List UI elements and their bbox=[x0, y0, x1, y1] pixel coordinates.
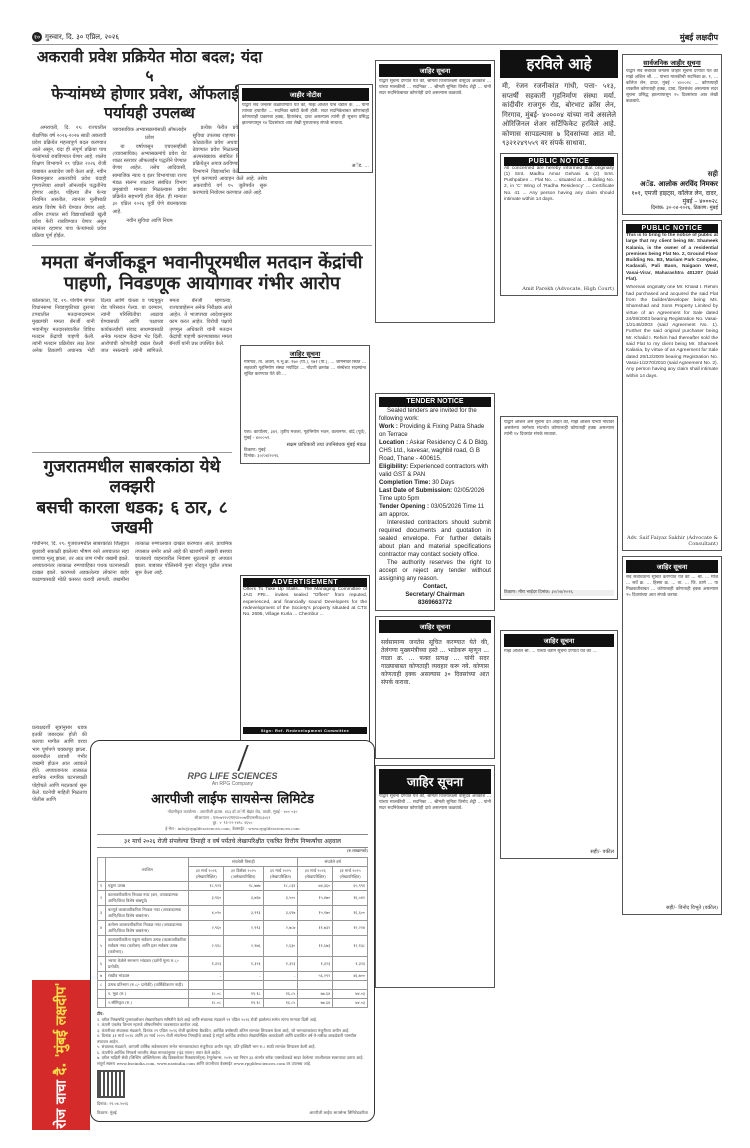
notice-title: सार्वजनिक जाहीर सूचना bbox=[626, 58, 718, 67]
cell-value: - bbox=[224, 972, 263, 981]
row-no: ४ bbox=[98, 921, 106, 936]
notes-list: १. वरील निष्कर्षांचे पुनरावलोकन लेखापरिक… bbox=[97, 1017, 368, 1067]
notice-signature: अॅड. ... bbox=[242, 163, 369, 169]
row-label: २.सौमिकृत (रु.) bbox=[106, 999, 189, 1008]
cell-value: १,३२३ bbox=[333, 957, 368, 972]
cell-value: ३,९६० bbox=[189, 891, 224, 906]
notice-body: याद्वारे सूचना देण्यात येते की, श्रीमती … bbox=[379, 79, 491, 319]
table-row: ७राखीव भांडवल---५६,२९२४६,७०० bbox=[98, 972, 368, 981]
headline-line: फेऱ्यांमध्ये होणार प्रवेश, ऑफलाईन पर्याय… bbox=[51, 85, 247, 122]
cell-value: १८,९२१ bbox=[189, 882, 224, 891]
cell-value: १५,४७० bbox=[298, 891, 333, 906]
cell-value: १६,०४२ bbox=[333, 891, 368, 906]
table-row: १. मूळ (रु.)१८.०८१९.१८१६.८५७७.६४७४.०३ bbox=[98, 990, 368, 999]
notice-title: जाहिर सूचना bbox=[379, 64, 491, 77]
table-row: १एकूण उत्पन्न१८,९२११८,७७७१८,८३१७४,३६०६५,… bbox=[98, 882, 368, 891]
story-headline: अकरावी प्रवेश प्रक्रियेत मोठा बदल; यंदा … bbox=[32, 48, 267, 122]
ad-body: Offers To Take Up Stalls... The Managing… bbox=[243, 587, 367, 727]
promo-text: रोज वाचा दै. 'मुंबई लक्षदीप' bbox=[52, 982, 71, 1128]
results-table: तपशिल संपलेली तिमाही संपलेले वर्ष ३१ मार… bbox=[97, 857, 368, 1008]
table-row: ३करपूर्व कालावधीकरिता निव्वळ नफा (अपवादा… bbox=[98, 906, 368, 921]
table-row: ५कालावधीकरिता एकूण सर्वंकष उत्पन्न (काला… bbox=[98, 936, 368, 957]
col-group-quarter: संपलेली तिमाही bbox=[189, 858, 298, 867]
notice-title: जाहीर नोटीस bbox=[242, 88, 369, 101]
cell-value: ११,६७३ bbox=[298, 936, 333, 957]
notice-date-place: दिनांक: ३०-०४-२०२६, ठिकाण: मुंबई bbox=[626, 205, 718, 211]
notice-body: गोरेगाव, ता. अंधेरी, न.भू.क्र. १७० (पी.)… bbox=[244, 360, 366, 430]
notice-r1-2: याद्वारे अशिल असे सूचना देत आहेत की, माझ… bbox=[500, 416, 618, 600]
notice-signature: Adv. Saif Faiyaz Sakhir (Advocate & Cons… bbox=[626, 535, 718, 547]
cell-value: १६.८५ bbox=[263, 990, 298, 999]
cell-value: १९.१८ bbox=[224, 999, 263, 1008]
cell-value: २,९७६ bbox=[224, 936, 263, 957]
story-continuation: प्रत्यक्षदर्शी सूत्रांनुसार धडक इतकी जबर… bbox=[32, 725, 87, 804]
redevelopment-ad: ADVERTISEMENT Offers To Take Up Stalls..… bbox=[240, 575, 370, 745]
col-header: ३१ डिसेंबर २०२५ (अलेखापरिक्षित) bbox=[224, 867, 263, 882]
notice-address: पत्ता: कार्यालय, ३४१, तृतीय मजला, गृहनिर… bbox=[244, 430, 366, 442]
story-headline: ममता बॅनर्जीकडून भवानीपूरमधील मतदान केंद… bbox=[32, 252, 372, 295]
cell-value bbox=[189, 981, 224, 990]
notice-title: जाहिर सूचना bbox=[244, 349, 366, 358]
notice-signature: Amit Parekh (Advocate, High Court) bbox=[504, 286, 614, 292]
subhead: व्यावसायिक अभ्यासक्रमांसाठी ऑफलाईन प्रवे… bbox=[112, 127, 186, 141]
cell-value: ७४,३६० bbox=[298, 882, 333, 891]
story-accident: गुजरातमधील साबरकांठा येथे लक्झरी बसची का… bbox=[32, 457, 232, 672]
promo-banner: रोज वाचा दै. 'मुंबई लक्षदीप' bbox=[32, 980, 90, 1130]
sig-label: सही bbox=[626, 169, 718, 179]
notice-signature: सही/- वकील bbox=[504, 849, 614, 855]
page-number: १० bbox=[32, 32, 42, 42]
public-notice-flat: PUBLIC NOTICE This is to bring to the no… bbox=[622, 220, 722, 551]
right-column-1: हरविले आहे मी, रंजन रजनीकांत गांधी, पत्त… bbox=[500, 48, 618, 864]
cell-value: १६.८५ bbox=[263, 999, 298, 1008]
cell-value: १२,१३८ bbox=[333, 936, 368, 957]
label: Work : bbox=[379, 423, 398, 430]
headline-line: बसची कारला धडक; ६ ठार, ८ जखमी bbox=[36, 498, 227, 538]
cell-value: - bbox=[263, 972, 298, 981]
notice-c3: जाहिर सूचना याद्वारे सूचना देण्यात येते … bbox=[375, 765, 495, 988]
newspaper-brand: मुंबई लक्षदीप bbox=[680, 32, 718, 43]
story-col: अमरावती, दि. २९: राज्यातील शैक्षणिक वर्ष… bbox=[32, 125, 106, 240]
cell-value: ७४.०३ bbox=[333, 990, 368, 999]
results-notes: टीप: १. वरील निष्कर्षांचे पुनरावलोकन लेख… bbox=[97, 1011, 368, 1066]
notice-footer: ठिकाण: मीरा भाईंदर दिनांक: ३०/०४/२०२६ bbox=[504, 590, 614, 596]
cell-value: १६,६०० bbox=[333, 906, 368, 921]
table-row: ४करोत्तर कालावधीकरिता निव्वळ नफा (अपवादा… bbox=[98, 921, 368, 936]
issue-date: गुरुवार, दि. ३० एप्रिल, २०२६ bbox=[45, 33, 119, 42]
header-divider bbox=[32, 44, 718, 45]
cell-value: २,७८७ bbox=[263, 921, 298, 936]
ad-footer: Sign: Ref. Redevelopment Committee bbox=[243, 727, 367, 734]
rpg-email-link[interactable]: ई-मेल : info@rpglifesciences.com, वेबसाई… bbox=[97, 826, 368, 832]
table-row: २.सौमिकृत (रु.)१८.०८१९.१८१६.८५७७.६४७४.०३ bbox=[98, 999, 368, 1008]
note-item: ७. वरील माहिती सेबी (लिस्टिंग ऑब्लिगेशन्… bbox=[97, 1055, 368, 1066]
divider bbox=[32, 245, 372, 246]
subhead: नवीन सुविधा आणि नियम bbox=[112, 218, 186, 225]
notice-body: सर्व संबंधितांना सूचित करण्यात येते की .… bbox=[626, 575, 718, 905]
row-label: एकूण उत्पन्न bbox=[106, 882, 189, 891]
table-row: २कालावधीकरिता निव्वळ नफा (कर, अपवादात्मक… bbox=[98, 891, 368, 906]
notice-r1-3: जाहिर सूचना माझे अशिल श्री. ... यांच्या … bbox=[500, 630, 618, 859]
tender-contact: Contact, bbox=[379, 583, 491, 591]
notice-title: PUBLIC NOTICE bbox=[626, 224, 718, 233]
row-no bbox=[98, 999, 106, 1008]
headline-line: ममता बॅनर्जीकडून भवानीपूरमधील मतदान केंद… bbox=[42, 252, 363, 273]
cell-value: २,९६० bbox=[189, 921, 224, 936]
notice-title: जाहिर सूचना bbox=[379, 620, 491, 633]
results-signatory: आरपीजी लाईफ सायसेन्स लिमिटेडकरिता bbox=[309, 1110, 368, 1116]
headline-line: गुजरातमधील साबरकांठा येथे लक्झरी bbox=[44, 457, 221, 497]
label: Completion Time: bbox=[379, 479, 430, 486]
cell-value: १९.१८ bbox=[224, 990, 263, 999]
notice-title: जाहिर सूचना bbox=[379, 769, 491, 794]
notes-label: टीप: bbox=[97, 1011, 104, 1016]
cell-value: २,९९३ bbox=[224, 921, 263, 936]
cell-value bbox=[333, 981, 368, 990]
page-header: १० गुरुवार, दि. ३० एप्रिल, २०२६ मुंबई लक… bbox=[32, 30, 718, 44]
cell-value: १८.०८ bbox=[189, 990, 224, 999]
notice-signature: सही/- विनोद विभूते (वकील) bbox=[626, 905, 718, 911]
notice-body: याद्वारे सर्व जनतेस कळविण्यात येते की, म… bbox=[242, 103, 369, 163]
cell-value: १८,७७७ bbox=[224, 882, 263, 891]
cell-value: ७७.६४ bbox=[298, 999, 333, 1008]
col-header: ३१ मार्च २०२६ (लेखापरिक्षित) bbox=[189, 867, 224, 882]
cell-value: १,३२३ bbox=[224, 957, 263, 972]
table-row: ६भरणा केलेले समभाग भांडवल (दर्शनी मूल्य … bbox=[98, 957, 368, 972]
notice-body: Whereas originally one Mr. Khalid I. Reh… bbox=[626, 285, 718, 535]
public-notice-housing: जाहिर सूचना गोरेगाव, ता. अंधेरी, न.भू.क्… bbox=[240, 345, 370, 464]
notice-body: सर्वसामान्य जनतेस सूचित करण्यात येते की,… bbox=[379, 635, 491, 755]
tender-phone: 8369663772 bbox=[379, 599, 491, 607]
col-header: ३१ मार्च २०२५ (लेखापरिक्षित) bbox=[263, 867, 298, 882]
cell-value: ४,०९० bbox=[189, 906, 224, 921]
public-notice-advocate: सार्वजनिक जाहीर सूचना याद्वारे सर्व संबं… bbox=[622, 54, 722, 215]
cell-value: ३,९९३ bbox=[224, 906, 263, 921]
cell-value: ३,७६७ bbox=[224, 891, 263, 906]
lost-title: हरविले आहे bbox=[500, 50, 618, 78]
promo-line2: दै. 'मुंबई लक्षदीप' bbox=[54, 982, 70, 1075]
row-label: करपूर्व कालावधीकरिता निव्वळ नफा (अपवादात… bbox=[106, 906, 189, 921]
tender-notice: TENDER NOTICE Sealed tenders are invited… bbox=[375, 393, 495, 611]
col-header: ३१ मार्च २०२६ (लेखापरिक्षित) bbox=[298, 867, 333, 882]
row-no bbox=[98, 990, 106, 999]
notice-body: याद्वारे सर्व संबंधित जनतेस जाहीर सूचना … bbox=[626, 69, 718, 169]
label: Last Date of Submission: bbox=[379, 487, 452, 494]
rpg-brand: RPG LIFE SCIENCES bbox=[97, 771, 368, 781]
notice-title: जाहिर सूचना bbox=[626, 560, 718, 573]
notice-r2-3: जाहिर सूचना सर्व संबंधितांना सूचित करण्य… bbox=[622, 556, 722, 915]
row-label: १. मूळ (रु.) bbox=[106, 990, 189, 999]
row-no: ८ bbox=[98, 981, 106, 990]
cell-value bbox=[298, 981, 333, 990]
notice-title: जाहिर सूचना bbox=[504, 634, 614, 647]
row-label: करोत्तर कालावधीकरिता निव्वळ नफा (अपवादात… bbox=[106, 921, 189, 936]
notice-intro: This is to bring to the notice of public… bbox=[626, 233, 718, 283]
page-date: १० गुरुवार, दि. ३० एप्रिल, २०२६ bbox=[32, 32, 119, 42]
ad-title: ADVERTISEMENT bbox=[243, 578, 367, 587]
story-body: गांधीनगर, दि. २९: गुजरातमधील साबरकांठा ज… bbox=[32, 541, 232, 671]
promo-line1: रोज वाचा bbox=[54, 1080, 70, 1129]
cell-value: ४६,७०० bbox=[333, 972, 368, 981]
row-no: ७ bbox=[98, 972, 106, 981]
row-no: १ bbox=[98, 882, 106, 891]
cell-value: १८.०८ bbox=[189, 999, 224, 1008]
story-col: व्यावसायिक अभ्यासक्रमांसाठी ऑफलाईन प्रवे… bbox=[112, 125, 186, 240]
story-headline: गुजरातमधील साबरकांठा येथे लक्झरी बसची का… bbox=[32, 457, 232, 539]
mid-notice-column: जाहीर नोटीस याद्वारे सर्व जनतेस कळविण्या… bbox=[238, 48, 373, 178]
cell-value: १२,२२४ bbox=[333, 921, 368, 936]
results-body: १एकूण उत्पन्न१८,९२११८,७७७१८,८३१७४,३६०६५,… bbox=[98, 882, 368, 1008]
notice-c2: जाहिर सूचना सर्वसामान्य जनतेस सूचित करण्… bbox=[375, 616, 495, 759]
notice-body: All concerned are hereby informed that o… bbox=[504, 166, 614, 286]
cell-value bbox=[224, 981, 263, 990]
row-no: ५ bbox=[98, 936, 106, 957]
row-label: कालावधीकरिता एकूण सर्वंकष उत्पन्न (कालाव… bbox=[106, 936, 189, 957]
notice-c1: जाहिर सूचना याद्वारे सूचना देण्यात येते … bbox=[375, 60, 495, 323]
cell-value: ७७.६४ bbox=[298, 990, 333, 999]
rpg-logo-icon bbox=[217, 745, 248, 771]
public-notice-english: PUBLIC NOTICE All concerned are hereby i… bbox=[500, 153, 618, 296]
rpg-tagline: An RPG Company bbox=[97, 781, 368, 787]
label: Tender Opening : bbox=[379, 503, 429, 510]
cell-value: १,३२३ bbox=[263, 957, 298, 972]
note-item: ४. दिनांक ३१ मार्च २०२६ आणि ३१ मार्च २०२… bbox=[97, 1033, 368, 1044]
story-body: अमरावती, दि. २९: राज्यातील शैक्षणिक वर्ष… bbox=[32, 125, 267, 240]
cell-value: २,९१८ bbox=[189, 936, 224, 957]
row-no: ३ bbox=[98, 906, 106, 921]
right-column-2: सार्वजनिक जाहीर सूचना याद्वारे सर्व संबं… bbox=[622, 48, 722, 920]
results-unit: (रु.लाखामध्ये) bbox=[97, 848, 368, 854]
cell-value: १५,९७० bbox=[298, 906, 333, 921]
lost-notice: हरविले आहे मी, रंजन रजनीकांत गांधी, पत्त… bbox=[500, 50, 618, 153]
story-text: या वर्षापासून एचएसव्हीसी (व्यावसायिक) अभ… bbox=[112, 144, 186, 216]
table-row: ८उत्पन्न प्रतिभाग (रु.८/- प्रत्येकी) (वा… bbox=[98, 981, 368, 990]
tender-title: TENDER NOTICE bbox=[379, 397, 491, 407]
cell-value: ७४.०३ bbox=[333, 999, 368, 1008]
qr-code-icon[interactable] bbox=[97, 1070, 125, 1098]
tender-intro: Sealed tenders are invited for the follo… bbox=[379, 407, 491, 423]
cell-value: - bbox=[189, 972, 224, 981]
cell-value bbox=[263, 981, 298, 990]
col-group-year: संपलेले वर्ष bbox=[298, 858, 368, 867]
center-column: जाहिर सूचना याद्वारे सूचना देण्यात येते … bbox=[375, 60, 495, 993]
rpg-financial-results-ad: RPG LIFE SCIENCES An RPG Company आरपीजी … bbox=[90, 740, 375, 1122]
row-label: राखीव भांडवल bbox=[106, 972, 189, 981]
lost-body: मी, रंजन रजनीकांत गांधी, पत्ता- ५१३, सप्… bbox=[500, 78, 618, 153]
headline-line: पाहणी, निवडणूक आयोगावर गंभीर आरोप bbox=[64, 273, 340, 294]
tender-completion: 30 Days bbox=[432, 479, 454, 486]
divider bbox=[32, 452, 232, 453]
row-no: २ bbox=[98, 891, 106, 906]
tender-para: Interested contractors should submit req… bbox=[379, 519, 491, 559]
label: Eligibility: bbox=[379, 463, 408, 470]
tender-para: The authority reserves the right to acce… bbox=[379, 559, 491, 583]
results-place: ठिकाण: मुंबई bbox=[97, 1110, 128, 1116]
story-body: कोलकाता, दि. २९: पश्चिम बंगाल विधानसभा न… bbox=[32, 298, 232, 448]
results-title: ३१ मार्च २०२६ रोजी संपलेल्या तिमाही व वर… bbox=[97, 834, 368, 848]
cell-value: ६५,९९१ bbox=[333, 882, 368, 891]
story-admission: अकरावी प्रवेश प्रक्रियेत मोठा बदल; यंदा … bbox=[32, 48, 267, 241]
row-no: ६ bbox=[98, 957, 106, 972]
rpg-company-name: आरपीजी लाईफ सायसेन्स लिमिटेड bbox=[97, 789, 368, 807]
cell-value: ३,६९७ bbox=[263, 906, 298, 921]
notice-body: याद्वारे अशिल असे सूचना देत आहेत की, माझ… bbox=[504, 420, 614, 590]
tender-contact: Secretary/ Chairman bbox=[379, 591, 491, 599]
public-notice-marathi: जाहीर नोटीस याद्वारे सर्व जनतेस कळविण्या… bbox=[238, 84, 373, 173]
cell-value: ३,५०० bbox=[263, 891, 298, 906]
notice-col-mid2: जाहिर सूचना गोरेगाव, ता. अंधेरी, न.भू.क्… bbox=[240, 345, 370, 469]
advocate-name: अॅड. आलोक अरविंद निमकर bbox=[626, 179, 718, 189]
notice-date: दिनांक: ३०/०४/२०२६ bbox=[244, 454, 366, 460]
notice-title: PUBLIC NOTICE bbox=[504, 157, 614, 166]
col-particulars: तपशिल bbox=[106, 858, 189, 882]
cell-value: ५६,२९२ bbox=[298, 972, 333, 981]
results-date: दिनांक: २९.०४.२०२६ bbox=[97, 1101, 128, 1107]
row-label: भरणा केलेले समभाग भांडवल (दर्शनी मूल्य र… bbox=[106, 957, 189, 972]
label: Location : bbox=[379, 439, 408, 446]
cell-value: ११,७३२ bbox=[298, 921, 333, 936]
row-label: उत्पन्न प्रतिभाग (रु.८/- प्रत्येकी) (वार… bbox=[106, 981, 189, 990]
notice-body: माझे अशिल श्री. ... यांच्या वतीने सूचना … bbox=[504, 649, 614, 849]
cell-value: १,३२३ bbox=[298, 957, 333, 972]
cell-value: १८,८३१ bbox=[263, 882, 298, 891]
cell-value: १,३२३ bbox=[189, 957, 224, 972]
cell-value: २,६३० bbox=[263, 936, 298, 957]
row-label: कालावधीकरिता निव्वळ नफा (कर, अपवादात्मक … bbox=[106, 891, 189, 906]
headline-line: अकरावी प्रवेश प्रक्रियेत मोठा बदल; यंदा … bbox=[37, 48, 263, 85]
col-header: ३१ मार्च २०२५ (लेखापरिक्षित) bbox=[333, 867, 368, 882]
advocate-address: १०१, एमजी हाइट्स, कॉलेज लेन, दादर, मुंबई… bbox=[626, 189, 718, 205]
notice-body: याद्वारे सूचना देण्यात येते की, श्रीमती … bbox=[379, 794, 491, 984]
